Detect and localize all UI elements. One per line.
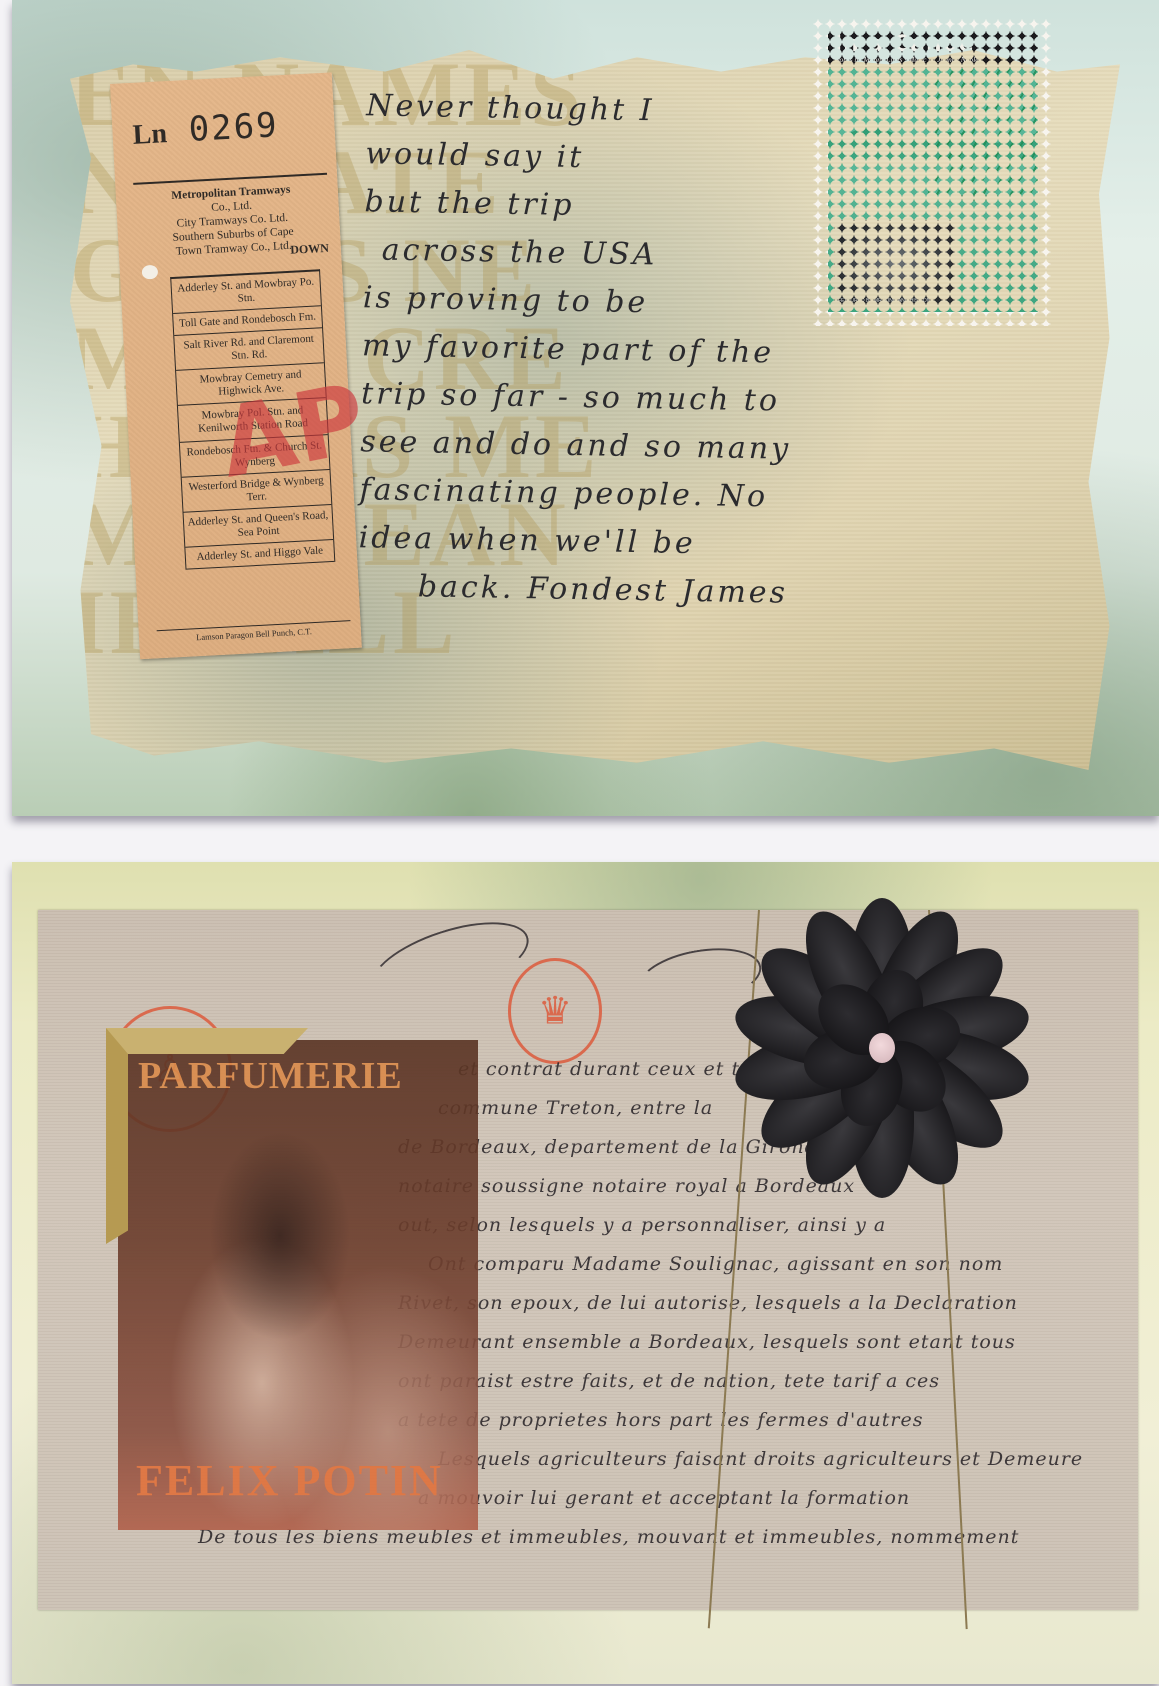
palm-fronds-illustration <box>928 68 1038 198</box>
black-paper-flower <box>702 868 1062 1228</box>
stamp-title-bar: In a Canoe Words by Manny Lines · Music … <box>828 30 1038 68</box>
top-postcard: EN NAMES NE KATE GIRLS NE MINE CRE HANKS… <box>12 0 1159 816</box>
tram-ticket: Ln 0269 Metropolitan Tramways Co., Ltd. … <box>110 72 362 659</box>
ticket-direction: DOWN <box>290 241 329 258</box>
ticket-series: Ln <box>132 118 168 151</box>
crown-postmark: ♛ <box>508 958 602 1064</box>
poster-title: PARFUMERIE <box>138 1054 403 1098</box>
postage-stamp: In a Canoe Words by Manny Lines · Music … <box>812 18 1052 326</box>
ticket-printer: Lamson Paragon Bell Punch, C.T. <box>157 620 351 644</box>
poster-brand: FELIX POTIN <box>136 1455 443 1506</box>
ticket-number: 0269 <box>188 105 280 150</box>
stamp-title: In a Canoe <box>834 32 975 57</box>
parfumerie-poster: PARFUMERIE FELIX POTIN <box>118 1040 478 1530</box>
bottom-postcard: ♛ ♙ et contrat durant ceux et tout commu… <box>12 862 1159 1684</box>
photo-caption: FEATURED BY MR. KING AND HIS SONS <box>838 298 934 304</box>
crown-icon: ♛ <box>538 989 572 1034</box>
stamp-artwork: In a Canoe Words by Manny Lines · Music … <box>828 30 1038 312</box>
canoe-icon <box>954 195 998 201</box>
pink-brad <box>869 1033 895 1063</box>
punch-hole <box>142 265 159 280</box>
ticket-header: Ln 0269 <box>132 105 280 153</box>
stamp-credit: Words by Manny Lines · Music by Johnny N… <box>834 55 979 64</box>
band-photo <box>834 220 956 306</box>
